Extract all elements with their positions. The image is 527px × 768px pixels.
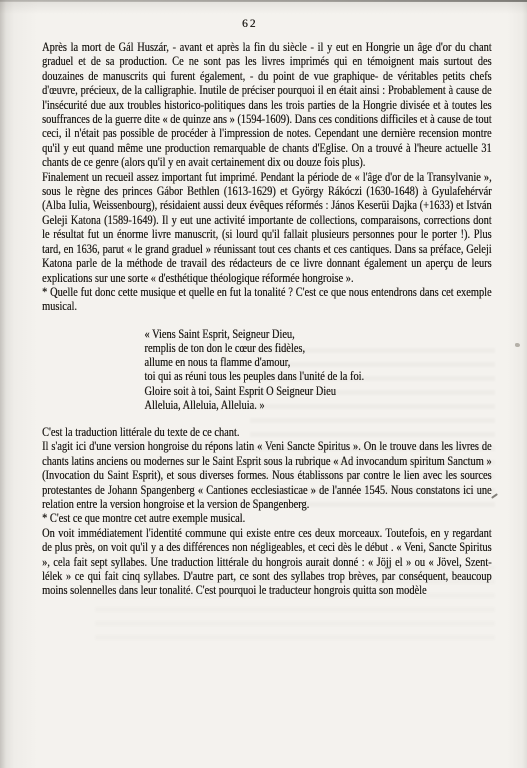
scan-top-edge — [0, 0, 527, 2]
verse-line: Alleluia, Alleluia, Alleluia. » — [144, 398, 491, 412]
scan-speck — [515, 343, 520, 347]
verse-line: allume en nous ta flamme d'amour, — [144, 355, 491, 369]
note-question-tonalite: * Quelle fut donc cette musique et quell… — [42, 285, 492, 314]
paragraph-veni-sancte: Il s'agit ici d'une version hongroise du… — [42, 439, 492, 511]
verse-line: Gloire soit à toi, Saint Esprit O Seigne… — [144, 384, 491, 398]
text-column: Après la mort de Gál Huszár, - avant et … — [42, 40, 492, 598]
line-traduction: C'est la traduction littérale du texte d… — [42, 425, 492, 439]
note-autre-exemple: * C'est ce que montre cet autre exemple … — [42, 511, 492, 525]
page-number: 62 — [242, 18, 258, 30]
scan-speck — [491, 493, 498, 499]
paragraph-recueil: Finalement un recueil assez important fu… — [42, 170, 492, 285]
paragraph-comparaison: On voit immédiatement l'identité commune… — [42, 526, 492, 598]
paragraph-intro: Après la mort de Gál Huszár, - avant et … — [42, 40, 492, 170]
hymn-verse-block: « Viens Saint Esprit, Seigneur Dieu, rem… — [42, 327, 492, 412]
scanned-book-page: 62 Après la mort de Gál Huszár, - avant … — [0, 0, 527, 768]
verse-line: remplis de ton don le cœur des fidèles, — [144, 341, 491, 355]
verse-line: toi qui as réuni tous les peuples dans l… — [144, 369, 491, 383]
verse-line: « Viens Saint Esprit, Seigneur Dieu, — [144, 327, 491, 341]
